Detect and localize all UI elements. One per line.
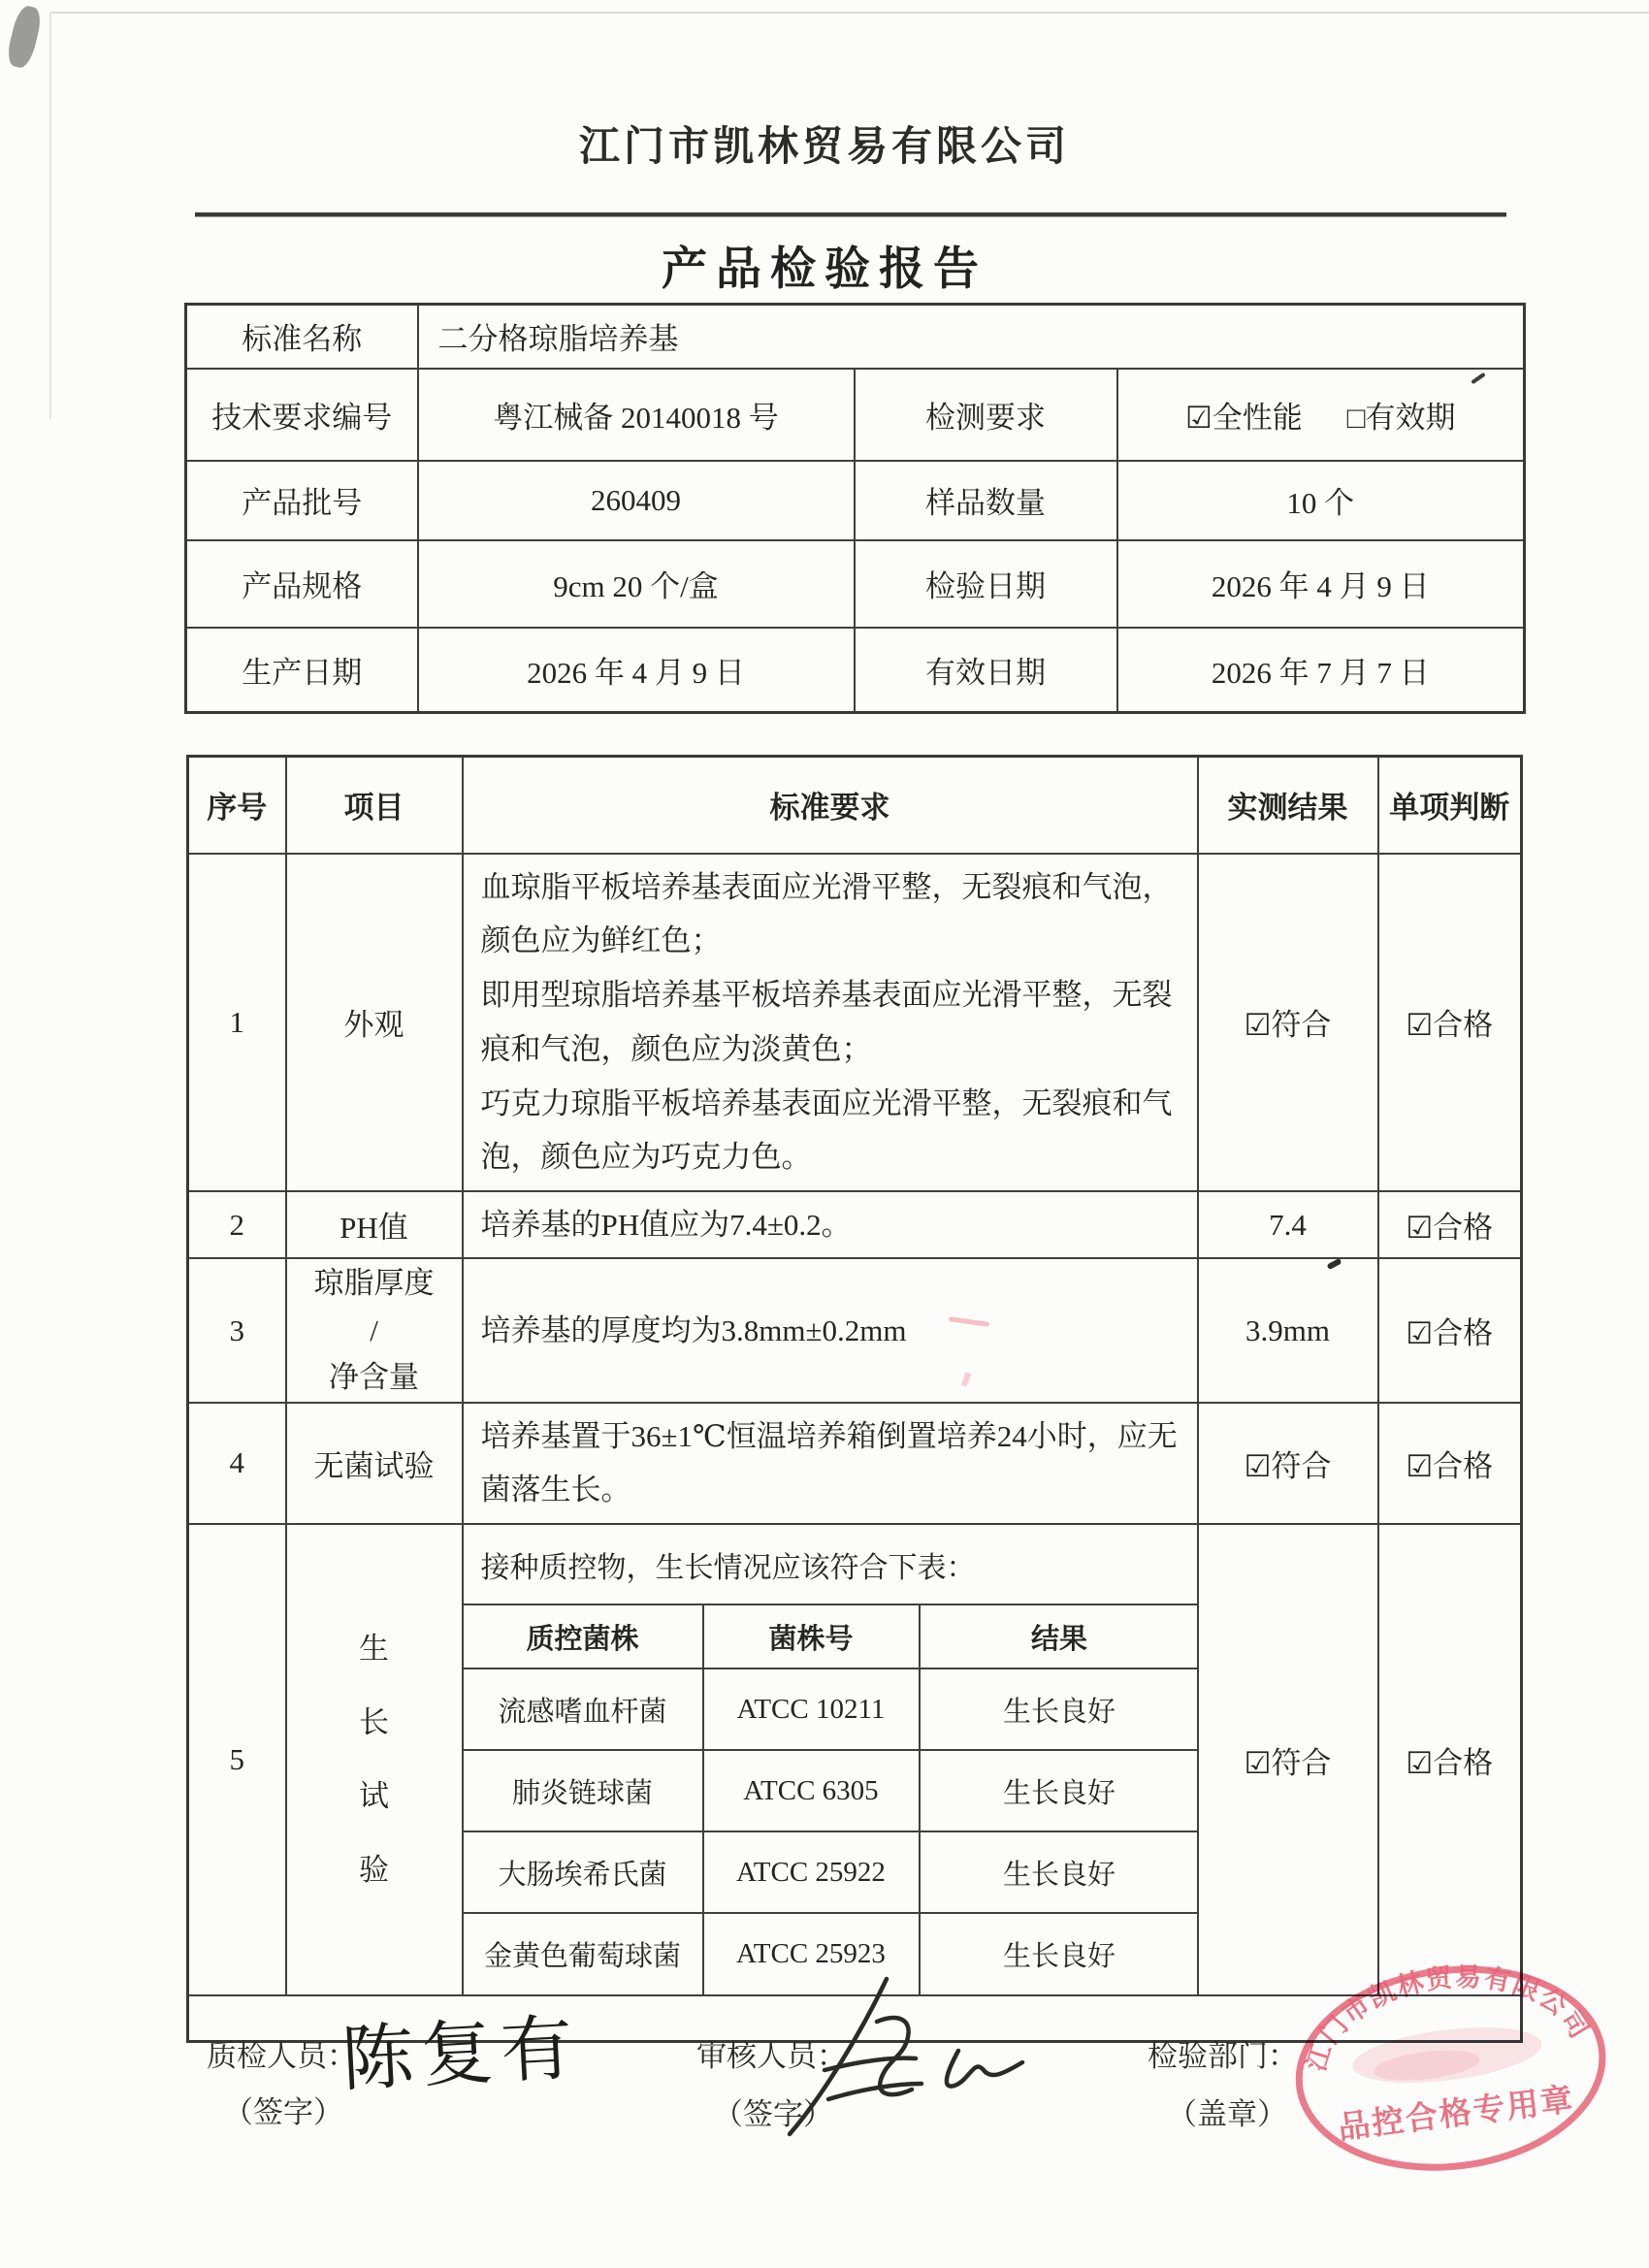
item-cell: PH值 bbox=[286, 1191, 463, 1258]
info-row: 生产日期 2026 年 4 月 9 日 有效日期 2026 年 7 月 7 日 bbox=[186, 628, 1525, 713]
department-seal-hint: （盖章） bbox=[1167, 2090, 1287, 2133]
item-cell: 琼脂厚度 / 净含量 bbox=[286, 1258, 463, 1402]
strain-row: 肺炎链球菌 ATCC 6305 生长良好 bbox=[464, 1750, 1198, 1831]
info-row: 产品批号 260409 样品数量 10 个 bbox=[186, 461, 1525, 540]
batch-no-value: 260409 bbox=[418, 461, 855, 540]
requirement-cell: 血琼脂平板培养基表面应光滑平整，无裂痕和气泡，颜色应为鲜红色； 即用型琼脂培养基… bbox=[463, 854, 1198, 1192]
spec-label: 产品规格 bbox=[186, 540, 418, 628]
tech-requirement-no-value: 粤江械备 20140018 号 bbox=[418, 369, 855, 461]
test-result-table: 序号 项目 标准要求 实测结果 单项判断 1 外观 血琼脂平板培养基表面应光滑平… bbox=[186, 755, 1523, 2043]
requirement-cell: 培养基的厚度均为3.8mm±0.2mm bbox=[463, 1258, 1198, 1402]
result-cell: ☑符合 bbox=[1198, 1403, 1378, 1525]
strain-row: 大肠埃希氏菌 ATCC 25922 生长良好 bbox=[464, 1831, 1198, 1913]
production-date-label: 生产日期 bbox=[186, 628, 418, 713]
info-row: 技术要求编号 粤江械备 20140018 号 检测要求 ☑全性能 □有效期 bbox=[186, 369, 1525, 461]
spec-value: 9cm 20 个/盒 bbox=[418, 540, 855, 628]
col-header-result: 实测结果 bbox=[1198, 757, 1378, 854]
info-row: 产品规格 9cm 20 个/盒 检验日期 2026 年 4 月 9 日 bbox=[186, 540, 1525, 628]
strain-result: 生长良好 bbox=[920, 1669, 1198, 1750]
judgment-cell: ☑合格 bbox=[1378, 1258, 1522, 1402]
subtable-header: 质控菌株 菌株号 结果 bbox=[464, 1604, 1198, 1669]
product-info-table: 标准名称 二分格琼脂培养基 技术要求编号 粤江械备 20140018 号 检测要… bbox=[184, 303, 1526, 714]
judgment-cell: ☑合格 bbox=[1378, 1403, 1522, 1525]
inspector-sign-hint: （签字） bbox=[223, 2088, 343, 2131]
standard-name-label: 标准名称 bbox=[186, 305, 418, 369]
company-stamp: 江门市凯林贸易有限公司 品控合格专用章 bbox=[1270, 1938, 1634, 2206]
strain-name: 大肠埃希氏菌 bbox=[464, 1831, 703, 1913]
checkbox-full-performance: ☑全性能 bbox=[1185, 393, 1303, 437]
inspector-label: 质检人员： bbox=[207, 2031, 357, 2075]
detection-requirement-value: ☑全性能 □有效期 bbox=[1117, 369, 1525, 461]
growth-intro-text: 接种质控物，生长情况应该符合下表： bbox=[464, 1525, 1197, 1604]
report-title: 产品检验报告 bbox=[0, 233, 1649, 298]
paper-edge bbox=[49, 12, 51, 419]
seq-cell: 2 bbox=[188, 1191, 286, 1258]
strain-no: ATCC 25922 bbox=[703, 1831, 920, 1913]
batch-no-label: 产品批号 bbox=[186, 461, 418, 540]
sample-qty-label: 样品数量 bbox=[855, 461, 1117, 540]
sample-qty-value: 10 个 bbox=[1117, 461, 1525, 540]
title-divider bbox=[195, 212, 1506, 217]
report-page: 江门市凯林贸易有限公司 产品检验报告 标准名称 二分格琼脂培养基 技术要求编号 … bbox=[0, 0, 1649, 2268]
subcol-strain: 质控菌株 bbox=[464, 1604, 703, 1669]
expiry-date-label: 有效日期 bbox=[855, 628, 1117, 713]
requirement-cell: 培养基的PH值应为7.4±0.2。 bbox=[463, 1191, 1198, 1258]
requirement-cell: 接种质控物，生长情况应该符合下表： 质控菌株 菌株号 结果 流感嗜血杆菌 ATC… bbox=[463, 1524, 1198, 1995]
stamp-bottom-text: 品控合格专用章 bbox=[1336, 2081, 1576, 2147]
strain-name: 流感嗜血杆菌 bbox=[464, 1669, 703, 1750]
judgment-cell: ☑合格 bbox=[1378, 854, 1522, 1192]
standard-name-value: 二分格琼脂培养基 bbox=[418, 305, 1525, 369]
checkbox-validity-period: □有效期 bbox=[1347, 393, 1456, 437]
col-header-seq: 序号 bbox=[188, 757, 286, 854]
seq-cell: 1 bbox=[188, 854, 286, 1192]
requirement-cell: 培养基置于36±1℃恒温培养箱倒置培养24小时，应无菌落生长。 bbox=[463, 1403, 1198, 1525]
detection-requirement-label: 检测要求 bbox=[855, 369, 1117, 461]
reviewer-signature bbox=[768, 1961, 1059, 2155]
test-row-sterility: 4 无菌试验 培养基置于36±1℃恒温培养箱倒置培养24小时，应无菌落生长。 ☑… bbox=[188, 1403, 1522, 1525]
item-cell: 外观 bbox=[286, 854, 463, 1192]
result-cell: ☑符合 bbox=[1198, 854, 1378, 1192]
strain-no: ATCC 10211 bbox=[703, 1669, 920, 1750]
test-row-growth: 5 生 长 试 验 接种质控物，生长情况应该符合下表： 质控菌株 菌株号 结果 … bbox=[188, 1524, 1522, 1995]
col-header-item: 项目 bbox=[286, 757, 463, 854]
judgment-cell: ☑合格 bbox=[1378, 1191, 1522, 1258]
item-cell: 生 长 试 验 bbox=[286, 1524, 463, 1995]
expiry-date-value: 2026 年 7 月 7 日 bbox=[1117, 628, 1525, 713]
judgment-cell: ☑合格 bbox=[1378, 1524, 1522, 1995]
test-table-header: 序号 项目 标准要求 实测结果 单项判断 bbox=[188, 757, 1522, 854]
tech-requirement-no-label: 技术要求编号 bbox=[186, 369, 418, 461]
test-row-ph: 2 PH值 培养基的PH值应为7.4±0.2。 7.4 ☑合格 bbox=[188, 1191, 1522, 1258]
result-cell: ☑符合 bbox=[1198, 1524, 1378, 1995]
seq-cell: 3 bbox=[188, 1258, 286, 1402]
info-row: 标准名称 二分格琼脂培养基 bbox=[186, 305, 1525, 369]
paper-edge bbox=[50, 12, 1649, 14]
production-date-value: 2026 年 4 月 9 日 bbox=[418, 628, 855, 713]
department-label: 检验部门： bbox=[1148, 2031, 1298, 2075]
inspection-date-label: 检验日期 bbox=[855, 540, 1117, 628]
seq-cell: 5 bbox=[188, 1524, 286, 1995]
growth-subtable: 质控菌株 菌株号 结果 流感嗜血杆菌 ATCC 10211 生长良好 肺炎链球菌… bbox=[464, 1604, 1198, 1994]
strain-no: ATCC 6305 bbox=[703, 1750, 920, 1831]
company-name: 江门市凯林贸易有限公司 bbox=[0, 114, 1649, 173]
strain-result: 生长良好 bbox=[920, 1831, 1198, 1913]
result-cell: 3.9mm bbox=[1198, 1258, 1378, 1402]
strain-row: 流感嗜血杆菌 ATCC 10211 生长良好 bbox=[464, 1669, 1198, 1750]
strain-name: 金黄色葡萄球菌 bbox=[464, 1913, 703, 1994]
inspection-date-value: 2026 年 4 月 9 日 bbox=[1117, 540, 1525, 628]
strain-name: 肺炎链球菌 bbox=[464, 1750, 703, 1831]
item-cell: 无菌试验 bbox=[286, 1403, 463, 1525]
strain-result: 生长良好 bbox=[920, 1750, 1198, 1831]
inspector-signature: 陈复有 bbox=[339, 1990, 596, 2105]
subcol-result: 结果 bbox=[920, 1604, 1198, 1669]
subcol-strain-no: 菌株号 bbox=[703, 1604, 920, 1669]
test-row-appearance: 1 外观 血琼脂平板培养基表面应光滑平整，无裂痕和气泡，颜色应为鲜红色； 即用型… bbox=[188, 854, 1522, 1192]
test-row-thickness: 3 琼脂厚度 / 净含量 培养基的厚度均为3.8mm±0.2mm 3.9mm ☑… bbox=[188, 1258, 1522, 1402]
col-header-judgment: 单项判断 bbox=[1378, 757, 1522, 854]
seq-cell: 4 bbox=[188, 1403, 286, 1525]
scan-artifact bbox=[5, 4, 45, 70]
col-header-requirement: 标准要求 bbox=[463, 757, 1198, 854]
result-cell: 7.4 bbox=[1198, 1191, 1378, 1258]
